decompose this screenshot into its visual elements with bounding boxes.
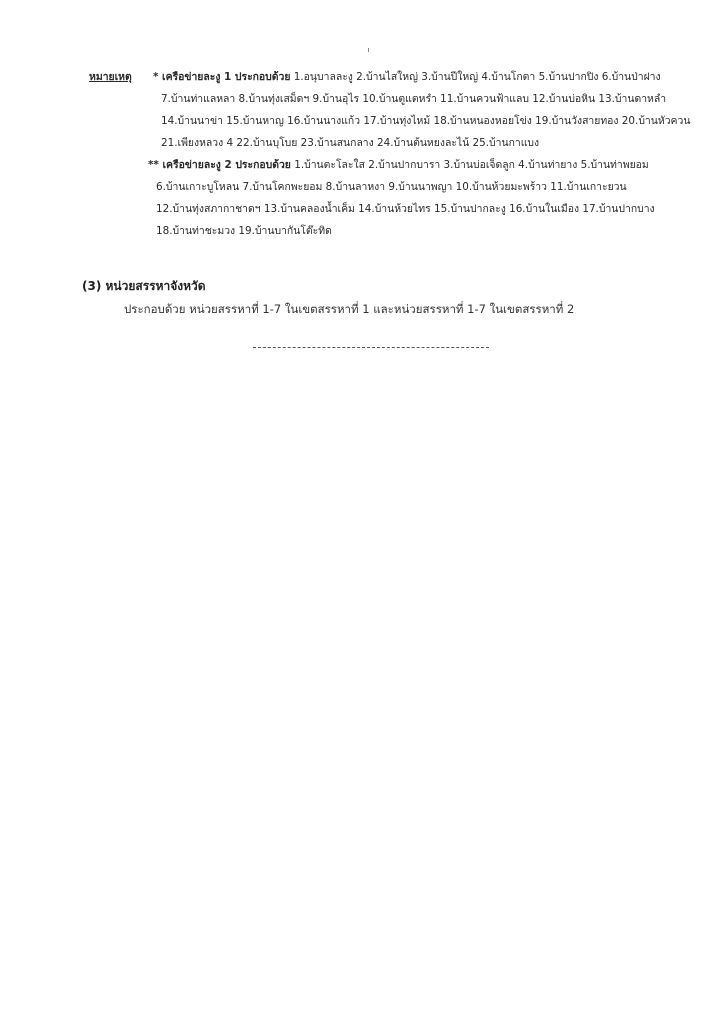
stray-mark (368, 48, 369, 52)
network-1-line: 7.บ้านท่าแลหลา 8.บ้านทุ่งเสม็ดฯ 9.บ้านอุ… (153, 88, 693, 110)
network-2-line: 6.บ้านเกาะบูโหลน 7.บ้านโคกพะยอม 8.บ้านลา… (148, 176, 688, 198)
network-2-line: 12.บ้านทุ่งสภากาชาดฯ 13.บ้านคลองน้ำเค็ม … (148, 198, 688, 220)
network-1-line: 21.เพียงหลวง 4 22.บ้านบุโบย 23.บ้านสนกลา… (153, 132, 693, 154)
section-3-title: (3) หน่วยสรรหาจังหวัด (82, 277, 206, 296)
network-1-paragraph: * เครือข่ายละงู 1 ประกอบด้วย 1.อนุบาลละง… (153, 66, 693, 154)
network-2-heading: ** เครือข่ายละงู 2 ประกอบด้วย (148, 159, 291, 171)
network-1-line: 1.อนุบาลละงู 2.บ้านไสใหญ่ 3.บ้านปีใหญ่ 4… (294, 71, 661, 83)
network-1-heading: * เครือข่ายละงู 1 ประกอบด้วย (153, 71, 290, 83)
network-2-line: 18.บ้านท่าชะมวง 19.บ้านบากันโต๊ะทิด (148, 220, 688, 242)
section-3-body: ประกอบด้วย หน่วยสรรหาที่ 1-7 ในเขตสรรหาท… (124, 301, 574, 319)
network-2-paragraph: ** เครือข่ายละงู 2 ประกอบด้วย 1.บ้านตะโล… (148, 154, 688, 242)
end-divider (253, 347, 489, 348)
network-2-line: 1.บ้านตะโละใส 2.บ้านปากบารา 3.บ้านบ่อเจ็… (294, 159, 649, 171)
remarks-label: หมายเหตุ (89, 66, 132, 88)
network-1-line: 14.บ้านนาข่า 15.บ้านหาญ 16.บ้านนางแก้ว 1… (153, 110, 693, 132)
